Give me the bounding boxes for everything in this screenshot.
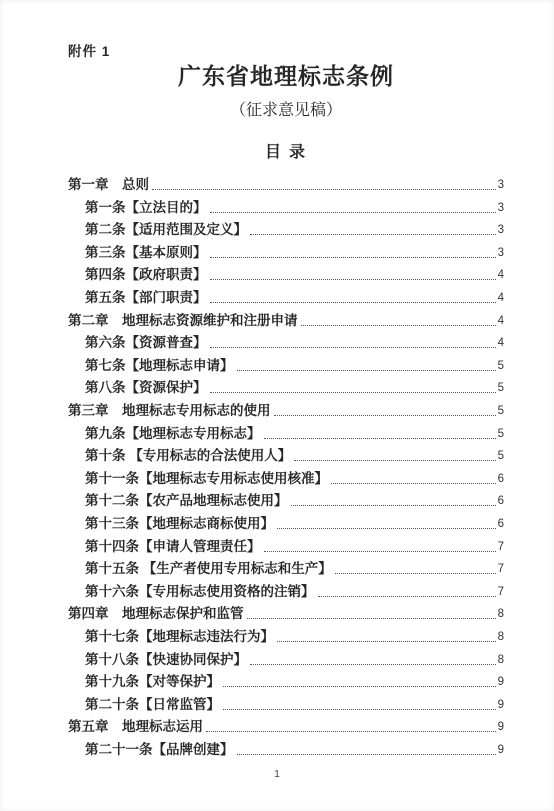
document-page: 附件 1 广东省地理标志条例 （征求意见稿） 目 录 第一章 总则 3 第一条【… xyxy=(0,0,554,811)
toc-list: 第一章 总则 3 第一条【立法目的】 3 第二条【适用范围及定义】 3 第三条【… xyxy=(68,173,504,760)
toc-entry-label: 第二十条【日常监管】 xyxy=(85,697,220,712)
toc-entry-page: 3 xyxy=(498,179,504,192)
toc-entry: 第七条【地理标志申请】 5 xyxy=(68,354,504,377)
toc-entry: 第十条 【专用标志的合法使用人】 5 xyxy=(68,444,504,467)
toc-entry-page: 5 xyxy=(498,360,504,373)
toc-entry: 第八条【资源保护】 5 xyxy=(68,376,504,399)
toc-entry-page: 7 xyxy=(498,541,504,554)
toc-entry-label: 第二十一条【品牌创建】 xyxy=(85,742,234,757)
toc-leader-dots xyxy=(237,754,496,755)
toc-entry: 第二十条【日常监管】 9 xyxy=(68,693,504,716)
toc-entry-label: 第十四条【申请人管理责任】 xyxy=(85,539,261,554)
toc-leader-dots xyxy=(223,709,496,710)
toc-entry: 第二条【适用范围及定义】 3 xyxy=(68,218,504,241)
toc-entry: 第九条【地理标志专用标志】 5 xyxy=(68,422,504,445)
toc-entry-page: 8 xyxy=(498,631,504,644)
toc-leader-dots xyxy=(277,528,496,529)
toc-entry-page: 5 xyxy=(498,405,504,418)
toc-entry-page: 8 xyxy=(498,608,504,621)
toc-entry-page: 9 xyxy=(498,744,504,757)
attachment-label: 附件 1 xyxy=(68,40,110,60)
toc-entry-label: 第二条【适用范围及定义】 xyxy=(85,222,247,237)
toc-entry: 第四章 地理标志保护和监管 8 xyxy=(68,602,504,625)
toc-entry: 第十七条【地理标志违法行为】 8 xyxy=(68,625,504,648)
toc-leader-dots xyxy=(277,641,496,642)
toc-entry: 第二十一条【品牌创建】 9 xyxy=(68,738,504,761)
toc-entry-page: 4 xyxy=(498,315,504,328)
toc-entry: 第十四条【申请人管理责任】 7 xyxy=(68,535,504,558)
toc-leader-dots xyxy=(210,279,496,280)
toc-entry-page: 8 xyxy=(498,654,504,667)
toc-entry-page: 5 xyxy=(498,382,504,395)
toc-entry-label: 第三章 地理标志专用标志的使用 xyxy=(68,403,271,418)
toc-leader-dots xyxy=(291,505,496,506)
toc-entry-page: 5 xyxy=(498,428,504,441)
toc-leader-dots xyxy=(152,189,496,190)
toc-entry-label: 第十条 【专用标志的合法使用人】 xyxy=(85,448,291,463)
toc-entry-label: 第一章 总则 xyxy=(68,177,149,192)
toc-leader-dots xyxy=(274,415,496,416)
toc-entry-page: 4 xyxy=(498,337,504,350)
toc-entry-page: 6 xyxy=(498,473,504,486)
toc-entry-label: 第三条【基本原则】 xyxy=(85,245,207,260)
toc-entry: 第四条【政府职责】 4 xyxy=(68,263,504,286)
toc-entry: 第二章 地理标志资源维护和注册申请 4 xyxy=(68,309,504,332)
toc-entry: 第十五条 【生产者使用专用标志和生产】 7 xyxy=(68,557,504,580)
toc-entry-page: 4 xyxy=(498,292,504,305)
toc-entry-page: 4 xyxy=(498,269,504,282)
toc-entry-label: 第四条【政府职责】 xyxy=(85,267,207,282)
toc-entry: 第十一条【地理标志专用标志使用核准】 6 xyxy=(68,467,504,490)
toc-leader-dots xyxy=(210,212,496,213)
toc-leader-dots xyxy=(264,551,496,552)
toc-leader-dots xyxy=(210,302,496,303)
toc-entry-page: 3 xyxy=(498,224,504,237)
toc-leader-dots xyxy=(318,596,496,597)
toc-entry: 第十六条【专用标志使用资格的注销】 7 xyxy=(68,580,504,603)
toc-entry-label: 第八条【资源保护】 xyxy=(85,380,207,395)
toc-entry-label: 第十三条【地理标志商标使用】 xyxy=(85,516,274,531)
toc-entry-label: 第五章 地理标志运用 xyxy=(68,719,203,734)
toc-leader-dots xyxy=(250,234,496,235)
document-subtitle: （征求意见稿） xyxy=(68,100,504,122)
toc-leader-dots xyxy=(264,438,496,439)
document-title: 广东省地理标志条例 xyxy=(68,62,504,92)
toc-entry-page: 9 xyxy=(498,676,504,689)
toc-entry-label: 第十二条【农产品地理标志使用】 xyxy=(85,493,288,508)
toc-entry-label: 第十五条 【生产者使用专用标志和生产】 xyxy=(85,561,332,576)
toc-entry: 第五条【部门职责】 4 xyxy=(68,286,504,309)
toc-leader-dots xyxy=(223,686,496,687)
toc-entry: 第一条【立法目的】 3 xyxy=(68,196,504,219)
toc-leader-dots xyxy=(335,573,496,574)
toc-leader-dots xyxy=(294,460,495,461)
toc-entry: 第一章 总则 3 xyxy=(68,173,504,196)
toc-entry-label: 第一条【立法目的】 xyxy=(85,200,207,215)
toc-entry-page: 7 xyxy=(498,563,504,576)
toc-leader-dots xyxy=(301,325,496,326)
toc-heading: 目 录 xyxy=(68,142,504,164)
toc-entry-label: 第十一条【地理标志专用标志使用核准】 xyxy=(85,471,328,486)
toc-leader-dots xyxy=(210,392,496,393)
toc-entry-label: 第二章 地理标志资源维护和注册申请 xyxy=(68,313,298,328)
toc-entry: 第六条【资源普查】 4 xyxy=(68,331,504,354)
toc-entry-page: 6 xyxy=(498,518,504,531)
toc-entry: 第三条【基本原则】 3 xyxy=(68,241,504,264)
toc-entry-page: 3 xyxy=(498,202,504,215)
toc-leader-dots xyxy=(250,664,496,665)
toc-entry: 第三章 地理标志专用标志的使用 5 xyxy=(68,399,504,422)
toc-entry-label: 第十七条【地理标志违法行为】 xyxy=(85,629,274,644)
toc-entry-page: 9 xyxy=(498,699,504,712)
toc-leader-dots xyxy=(237,370,496,371)
toc-entry: 第五章 地理标志运用 9 xyxy=(68,715,504,738)
toc-entry: 第十三条【地理标志商标使用】 6 xyxy=(68,512,504,535)
toc-leader-dots xyxy=(206,731,496,732)
toc-entry-label: 第六条【资源普查】 xyxy=(85,335,207,350)
toc-entry-page: 6 xyxy=(498,495,504,508)
toc-entry-label: 第四章 地理标志保护和监管 xyxy=(68,606,244,621)
toc-entry-page: 9 xyxy=(498,721,504,734)
toc-entry-page: 7 xyxy=(498,586,504,599)
toc-entry-label: 第九条【地理标志专用标志】 xyxy=(85,426,261,441)
toc-entry-label: 第十六条【专用标志使用资格的注销】 xyxy=(85,584,315,599)
toc-entry-label: 第五条【部门职责】 xyxy=(85,290,207,305)
toc-entry-page: 5 xyxy=(498,450,504,463)
page-number-footer: 1 xyxy=(0,768,554,780)
toc-entry-label: 第十八条【快速协同保护】 xyxy=(85,652,247,667)
toc-leader-dots xyxy=(331,483,496,484)
toc-entry-label: 第七条【地理标志申请】 xyxy=(85,358,234,373)
toc-leader-dots xyxy=(210,257,496,258)
toc-entry: 第十九条【对等保护】 9 xyxy=(68,670,504,693)
toc-entry: 第十八条【快速协同保护】 8 xyxy=(68,647,504,670)
toc-leader-dots xyxy=(247,618,496,619)
toc-leader-dots xyxy=(210,347,496,348)
toc-entry: 第十二条【农产品地理标志使用】 6 xyxy=(68,489,504,512)
toc-entry-page: 3 xyxy=(498,247,504,260)
toc-entry-label: 第十九条【对等保护】 xyxy=(85,674,220,689)
